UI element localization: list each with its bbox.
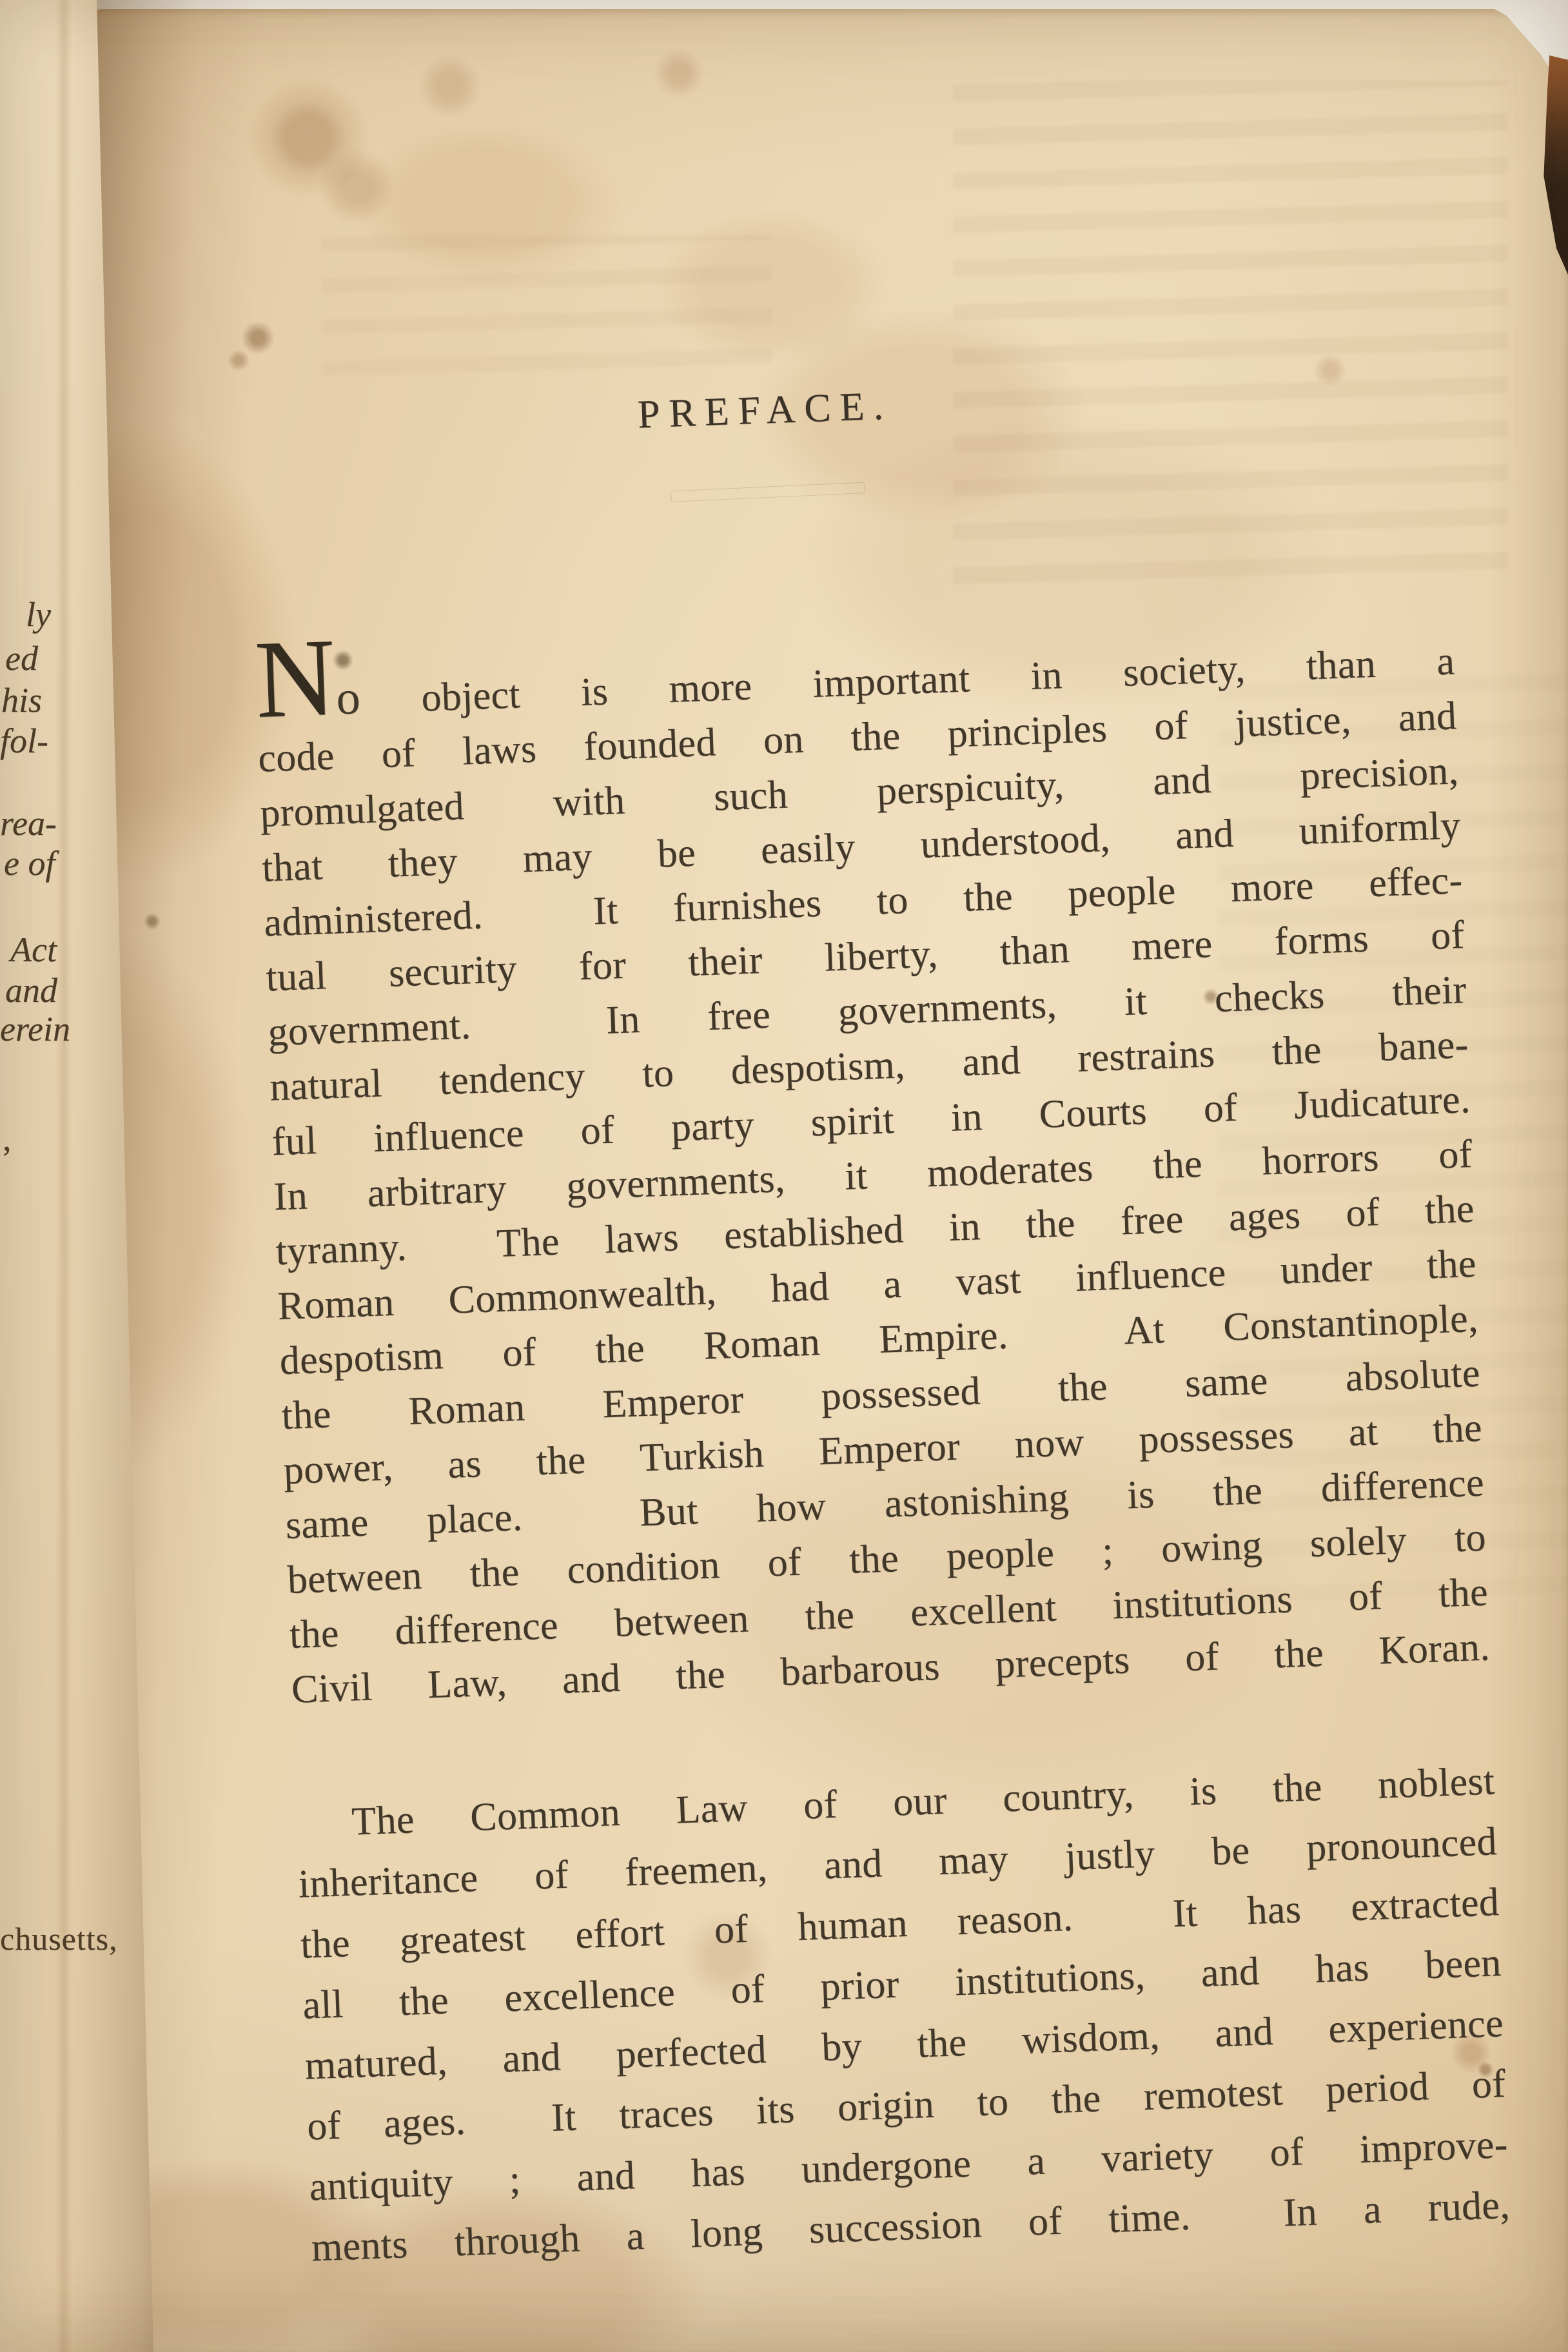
page-crease [55, 0, 72, 2352]
adjacent-page-text-fragment: ed [5, 638, 38, 678]
drop-cap-initial: N [253, 616, 338, 741]
page-title-text: PREFACE. [637, 383, 893, 437]
adjacent-page-text-fragment: and [5, 970, 57, 1010]
drop-cap-initial-second: o [335, 671, 361, 725]
decorative-rule [671, 482, 865, 502]
adjacent-page-text-fragment: his [1, 680, 42, 720]
adjacent-page-text-fragment: , [3, 1119, 12, 1159]
paragraph-1: No object is more important in society, … [255, 634, 1491, 1718]
adjacent-page-text-fragment: chusetts, [0, 1920, 118, 1957]
page-text-block: PREFACE. No object is more important in … [243, 288, 1511, 2278]
page-title: PREFACE. [246, 364, 1445, 451]
adjacent-page-text-fragment: rea- [0, 803, 57, 843]
adjacent-page-text-fragment: erein [0, 1009, 70, 1049]
book-photo: PREFACE. No object is more important in … [0, 0, 1568, 2352]
adjacent-page-text-fragment: ly [26, 594, 51, 634]
paragraph-2: The Common Law of our country, is the no… [295, 1750, 1511, 2278]
adjacent-page-text-fragment: fol- [0, 721, 48, 761]
adjacent-page-text-fragment: Act [10, 930, 57, 970]
adjacent-page-text-fragment: e of [4, 843, 55, 883]
